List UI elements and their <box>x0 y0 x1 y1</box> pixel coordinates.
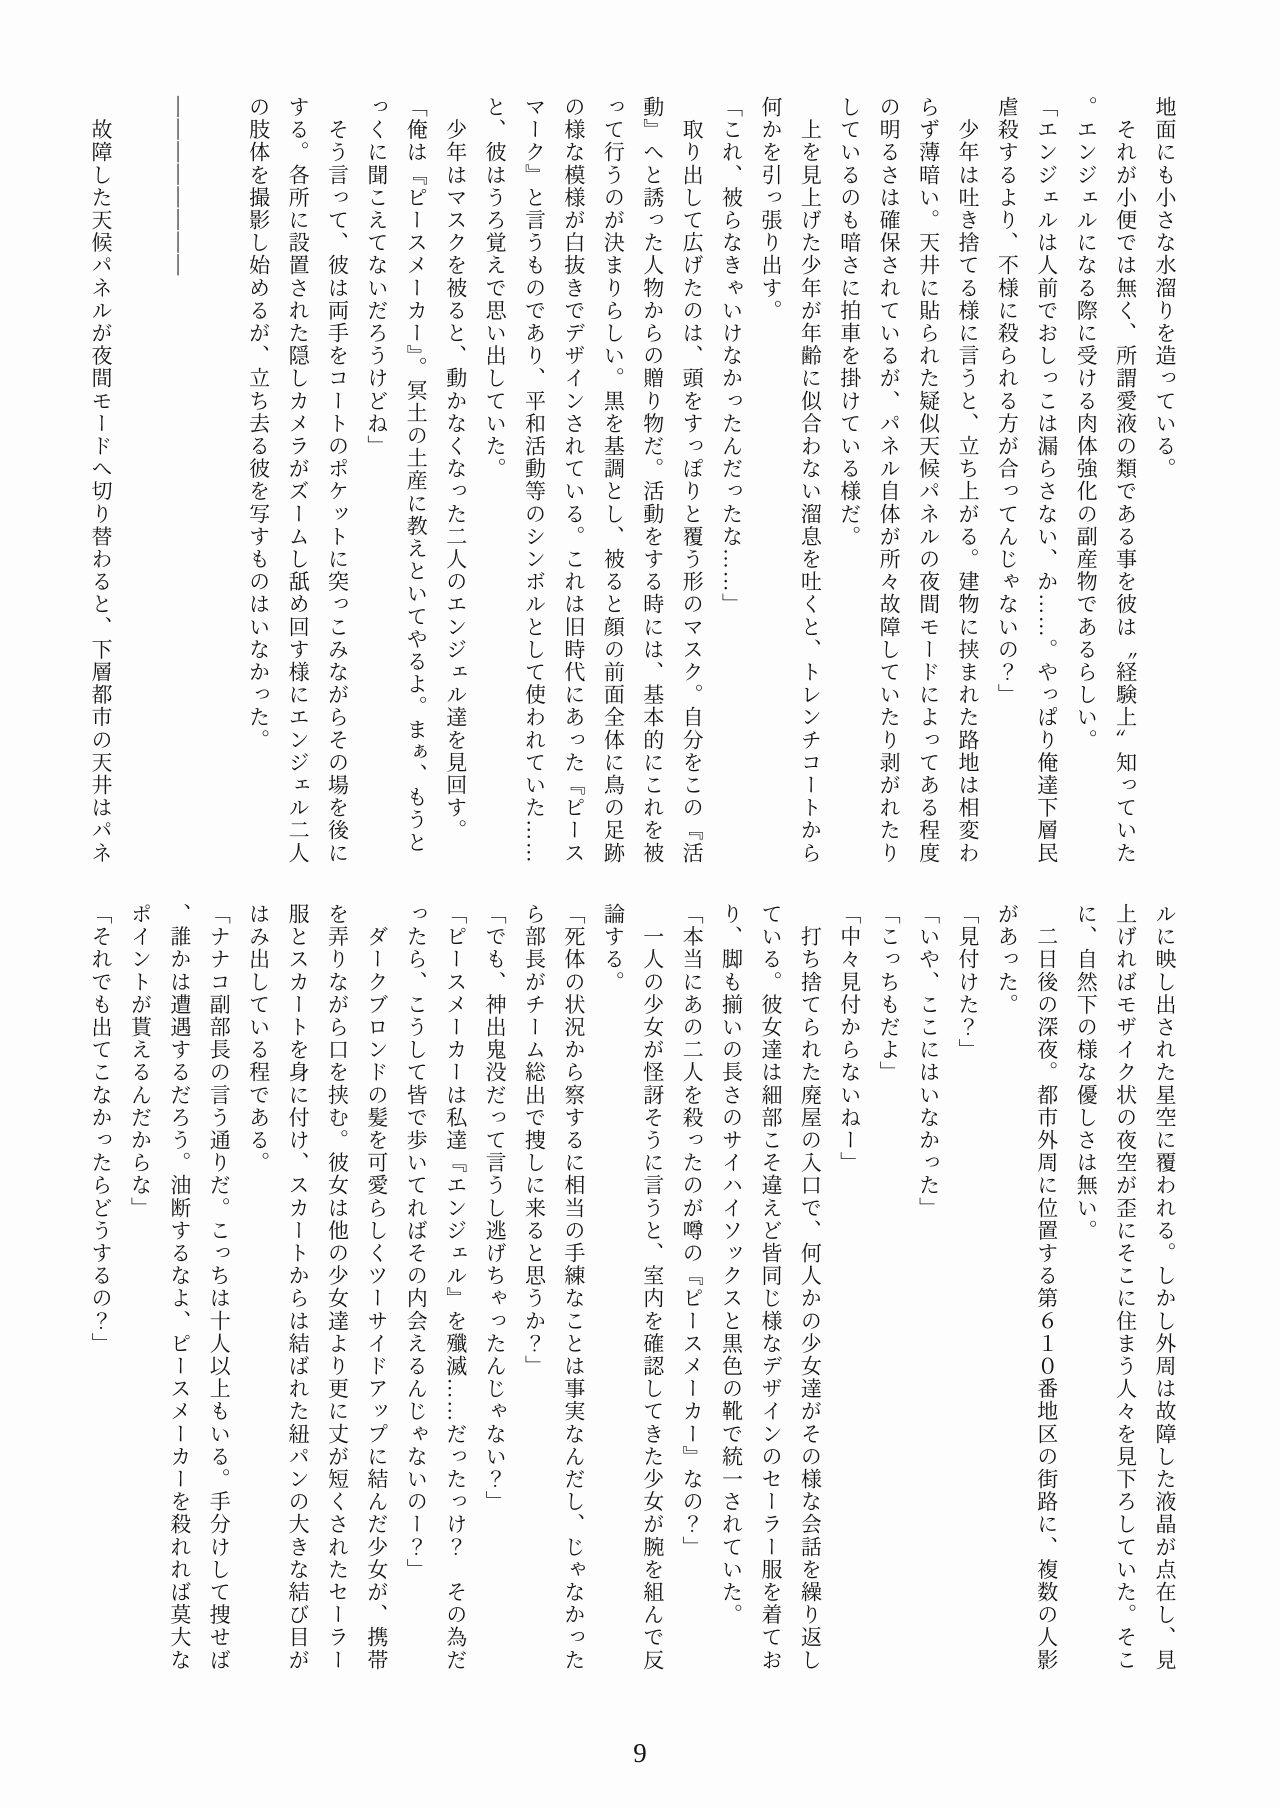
paragraph: それが小便では無く、所謂愛液の類である事を彼は〝経験上〟知っていた。エンジェルに… <box>1066 96 1145 866</box>
paragraph: ルに映し出された星空に覆われる。しかし外周は故障した液晶が点在し、見上げればモザ… <box>1066 903 1184 1673</box>
text-tier-top: 地面にも小さな水溜りを造っている。 それが小便では無く、所謂愛液の類である事を彼… <box>80 96 1184 866</box>
paragraph: 「ピースメーカーは私達『エンジェル』を殲滅……だったっけ？ その為だったら、こう… <box>396 903 475 1673</box>
paragraph: 「ナナコ副部長の言う通りだ。こっちは十人以上もいる。手分けして捜せば、誰かは遭遇… <box>120 903 238 1673</box>
scene-divider: ―――――――― <box>159 96 198 866</box>
paragraph <box>199 96 238 866</box>
paragraph: そう言って、彼は両手をコートのポケットに突っこみながらその場を後にする。各所に設… <box>238 96 356 866</box>
paragraph: 「いや、ここにはいなかった」 <box>908 903 947 1673</box>
paragraph: 「俺は『ピースメーカー』。冥土の土産に教えといてやるよ。まぁ、もうとっくに聞こえ… <box>356 96 435 866</box>
paragraph: 一人の少女が怪訝そうに言うと、室内を確認してきた少女が腕を組んで反論する。 <box>593 903 672 1673</box>
text-tier-bottom: ルに映し出された星空に覆われる。しかし外周は故障した液晶が点在し、見上げればモザ… <box>80 903 1184 1673</box>
paragraph: 「見付けた？」 <box>948 903 987 1673</box>
novel-page: 地面にも小さな水溜りを造っている。 それが小便では無く、所謂愛液の類である事を彼… <box>0 0 1280 1808</box>
paragraph: 「でも、神出鬼没だって言うし逃げちゃったんじゃない？」 <box>475 903 514 1673</box>
paragraph: 「エンジェルは人前でおしっこは漏らさない、か……。やっぱり俺達下層民虐殺するより… <box>987 96 1066 866</box>
paragraph: 故障した天候パネルが夜間モードへ切り替わると、下層都市の天井はパネ <box>81 96 120 866</box>
paragraph: 少年は吐き捨てる様に言うと、立ち上がる。建物に挟まれた路地は相変わらず薄暗い。天… <box>829 96 987 866</box>
paragraph: 打ち捨てられた廃屋の入口で、何人かの少女達がその様な会話を繰り返している。彼女達… <box>711 903 829 1673</box>
paragraph: 「それでも出てこなかったらどうするの？」 <box>81 903 120 1673</box>
page-number: 9 <box>0 1738 1280 1769</box>
paragraph: 「こっちもだよ」 <box>869 903 908 1673</box>
paragraph: 「これ、被らなきゃいけなかったんだったな……」 <box>711 96 750 866</box>
paragraph: 「本当にあの二人を殺ったのが噂の『ピースメーカー』なの？」 <box>672 903 711 1673</box>
paragraph: 少年はマスクを被ると、動かなくなった二人のエンジェル達を見回す。 <box>435 96 474 866</box>
paragraph: 「死体の状況から察するに相当の手練なことは事実なんだし、じゃなかったら部長がチー… <box>514 903 593 1673</box>
paragraph: 上を見上げた少年が年齢に似合わない溜息を吐くと、トレンチコートから何かを引っ張り… <box>751 96 830 866</box>
paragraph: 取り出して広げたのは、頭をすっぽりと覆う形のマスク。自分をこの『活動』へと誘った… <box>475 96 711 866</box>
paragraph: 「中々見付からないねー」 <box>829 903 868 1673</box>
paragraph: 二日後の深夜。都市外周に位置する第６１０番地区の街路に、複数の人影があった。 <box>987 903 1066 1673</box>
paragraph <box>120 96 159 866</box>
paragraph: 地面にも小さな水溜りを造っている。 <box>1145 96 1184 866</box>
paragraph: ダークブロンドの髪を可愛らしくツーサイドアップに結んだ少女が、携帯を弄りながら口… <box>238 903 396 1673</box>
